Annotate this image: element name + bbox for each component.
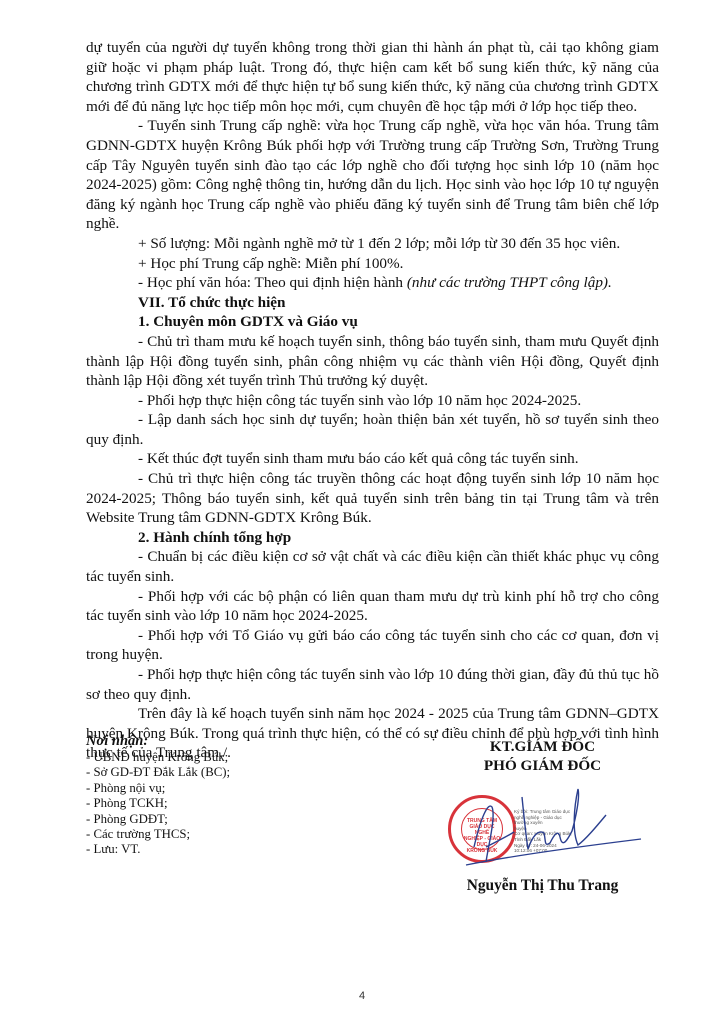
paragraph: + Học phí Trung cấp nghề: Miễn phí 100%. bbox=[86, 254, 659, 274]
section-heading: VII. Tổ chức thực hiện bbox=[86, 293, 659, 313]
paragraph: + Số lượng: Mỗi ngành nghề mở từ 1 đến 2… bbox=[86, 234, 659, 254]
paragraph-text: - Học phí văn hóa: Theo qui định hiện hà… bbox=[138, 274, 407, 291]
recipient-item: - Các trường THCS; bbox=[86, 827, 386, 842]
recipients-title: Nơi nhận: bbox=[86, 733, 386, 750]
paragraph: - Học phí văn hóa: Theo qui định hiện hà… bbox=[86, 273, 659, 293]
paragraph: - Chuẩn bị các điều kiện cơ sở vật chất … bbox=[86, 547, 659, 586]
paragraph: - Chủ trì tham mưu kế hoạch tuyển sinh, … bbox=[86, 332, 659, 391]
handwritten-signature-icon bbox=[426, 777, 659, 877]
signer-position: PHÓ GIÁM ĐỐC bbox=[426, 756, 659, 775]
page-number: 4 bbox=[0, 990, 724, 1002]
signer-title: KT.GIÁM ĐỐC bbox=[426, 737, 659, 756]
subsection-heading: 1. Chuyên môn GDTX và Giáo vụ bbox=[86, 312, 659, 332]
recipient-item: - Phòng nội vụ; bbox=[86, 781, 386, 796]
paragraph: - Tuyển sinh Trung cấp nghề: vừa học Tru… bbox=[86, 116, 659, 234]
paragraph: - Phối hợp thực hiện công tác tuyển sinh… bbox=[86, 391, 659, 411]
paragraph: - Phối hợp với các bộ phận có liên quan … bbox=[86, 587, 659, 626]
document-footer-block: Nơi nhận: - UBND huyện Krông Búk; - Sở G… bbox=[86, 733, 659, 903]
recipient-item: - Phòng GDĐT; bbox=[86, 812, 386, 827]
signer-name: Nguyễn Thị Thu Trang bbox=[426, 877, 659, 895]
paragraph: - Lập danh sách học sinh dự tuyển; hoàn … bbox=[86, 410, 659, 449]
recipient-item: - Sở GD-ĐT Đắk Lắk (BC); bbox=[86, 765, 386, 780]
subsection-heading: 2. Hành chính tổng hợp bbox=[86, 528, 659, 548]
signature-block: KT.GIÁM ĐỐC PHÓ GIÁM ĐỐC TRUNG TÂM GIÁO … bbox=[426, 737, 659, 775]
paragraph: - Kết thúc đợt tuyển sinh tham mưu báo c… bbox=[86, 449, 659, 469]
paragraph: - Phối hợp thực hiện công tác tuyển sinh… bbox=[86, 665, 659, 704]
recipients-list: Nơi nhận: - UBND huyện Krông Búk; - Sở G… bbox=[86, 733, 386, 858]
paragraph: - Chủ trì thực hiện công tác truyền thôn… bbox=[86, 469, 659, 528]
recipient-item: - Lưu: VT. bbox=[86, 842, 386, 857]
paragraph: dự tuyển của người dự tuyển không trong … bbox=[86, 38, 659, 116]
recipient-item: - UBND huyện Krông Búk; bbox=[86, 750, 386, 765]
paragraph: - Phối hợp với Tổ Giáo vụ gửi báo cáo cô… bbox=[86, 626, 659, 665]
document-body: dự tuyển của người dự tuyển không trong … bbox=[86, 38, 659, 763]
italic-note: (như các trường THPT công lập). bbox=[407, 274, 612, 291]
recipient-item: - Phòng TCKH; bbox=[86, 796, 386, 811]
